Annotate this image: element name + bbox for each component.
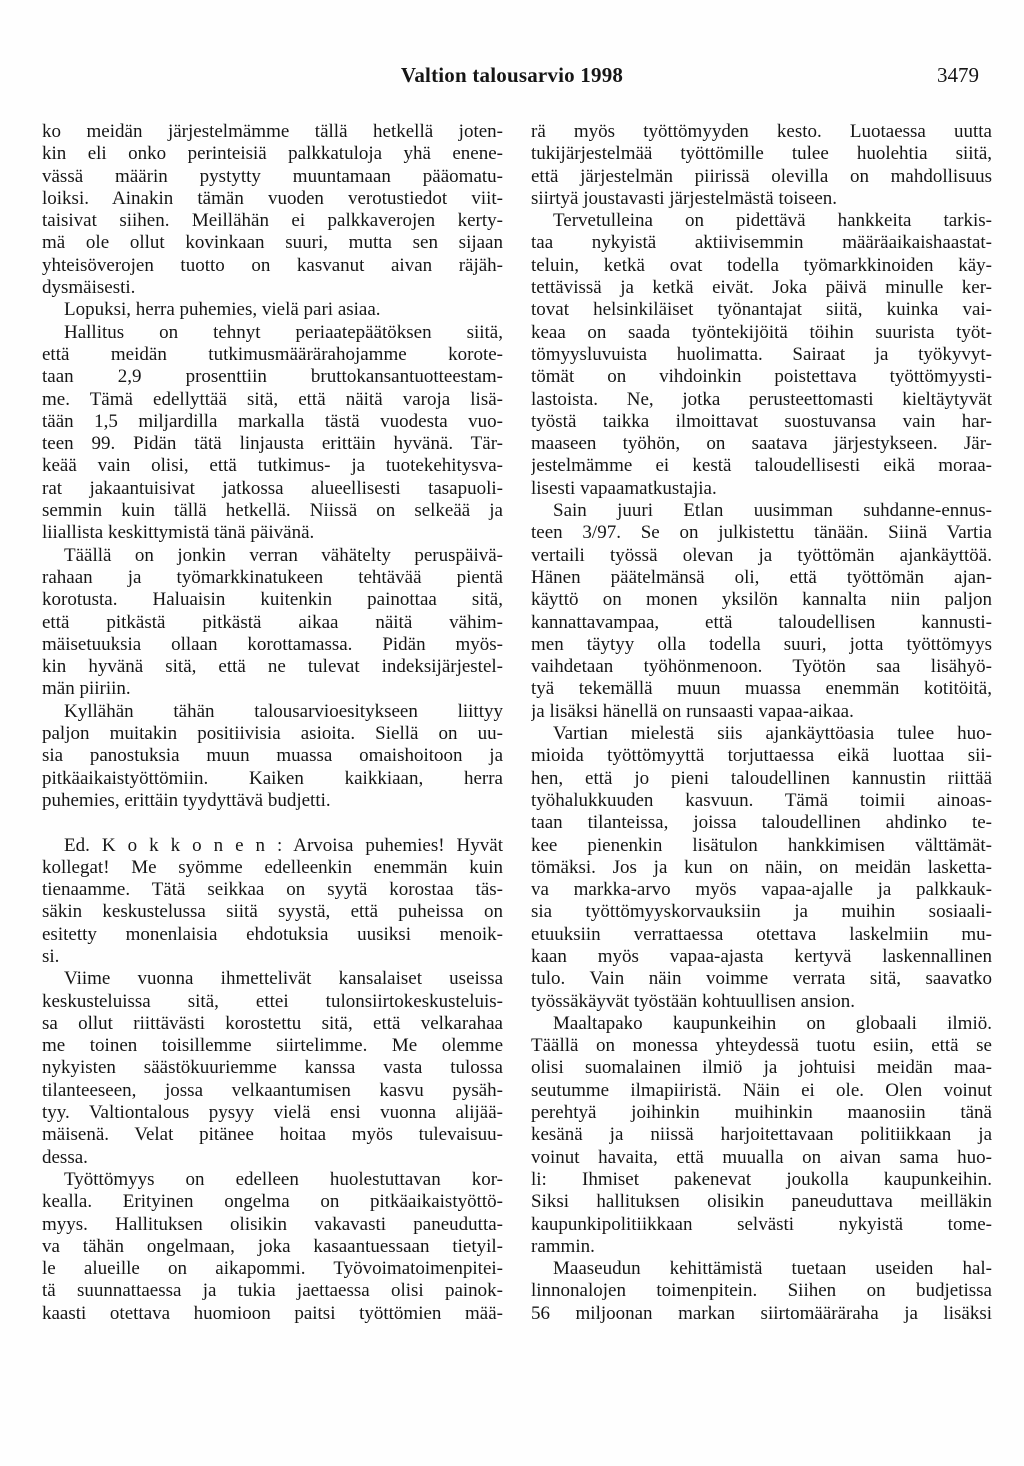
text-line: va tähän ongelmaan, joka kasaantuessaan … (42, 1236, 503, 1258)
text-line: mä ole ollut kovinkaan suuri, mutta sen … (42, 232, 503, 254)
column-left: ko meidän järjestelmämme tällä hetkellä … (42, 121, 503, 1325)
text-line: kesänä ja niissä harjoitettavaan politii… (531, 1124, 992, 1146)
text-line: va markka-arvo myös vapaa-ajalle ja palk… (531, 879, 992, 901)
text-line: lastoista. Ne, jotka perusteettomasti ki… (531, 389, 992, 411)
text-line: Vartian mielestä siis ajankäyttöasia tul… (531, 723, 992, 745)
paragraph: Lopuksi, herra puhemies, vielä pari asia… (42, 299, 503, 321)
text-line: tovat helsinkiläiset työnantajat siitä, … (531, 299, 992, 321)
text-line: etuuksiin verrattaessa otettava laskelmi… (531, 924, 992, 946)
paragraph: Työttömyys on edelleen huolestuttavan ko… (42, 1169, 503, 1325)
text-line: työssäkäyvät työstään kohtuullisen ansio… (531, 991, 992, 1013)
text-line: lisesti vapaamatkustajia. (531, 478, 992, 500)
text-columns: ko meidän järjestelmämme tällä hetkellä … (42, 121, 992, 1325)
paragraph: Hallitus on tehnyt periaatepäätöksen sii… (42, 322, 503, 545)
text-line: linnonalojen toimenpitein. Siihen on bud… (531, 1280, 992, 1302)
text-line: tilanteeseen, jossa velkaantumisen kasvu… (42, 1080, 503, 1102)
text-line: liiallista keskittymistä tänä päivänä. (42, 522, 503, 544)
text-line: kaupunkipolitiikkaan selvästi nykyistä t… (531, 1214, 992, 1236)
paragraph: Kyllähän tähän talousarvioesitykseen lii… (42, 701, 503, 812)
text-line: kealla. Erityinen ongelma on pitkäaikais… (42, 1191, 503, 1213)
text-line: män piiriin. (42, 678, 503, 700)
text-line: tömät on vihdoinkin poistettava työttömy… (531, 366, 992, 388)
text-line: sia työttömyyskorvauksiin ja muihin sosi… (531, 901, 992, 923)
page-title: Valtion talousarvio 1998 (0, 63, 1024, 87)
text-line: sa ollut riittävästi korostettu sitä, et… (42, 1013, 503, 1035)
document-page: Valtion talousarvio 1998 3479 ko meidän … (0, 0, 1024, 1466)
text-line: kaasti otettava huomioon paitsi työttömi… (42, 1303, 503, 1325)
text-line: säkin keskustelussa siitä syystä, että p… (42, 901, 503, 923)
text-line: rat jakaantuisivat jatkossa alueellisest… (42, 478, 503, 500)
text-line: 56 miljoonan markan siirtomääräraha ja l… (531, 1303, 992, 1325)
text-line: tyy. Valtiontalous pysyy vielä ensi vuon… (42, 1102, 503, 1124)
text-line: pitkäaikaistyöttömiin. Kaiken kaikkiaan,… (42, 768, 503, 790)
text-line: tienaamme. Tätä seikkaa on syytä korosta… (42, 879, 503, 901)
text-line: työstä taikka ilmoittavat suostuvansa va… (531, 411, 992, 433)
page-header: Valtion talousarvio 1998 3479 (0, 63, 1024, 89)
text-line: käyttö on monen yksilön kannalta niin pa… (531, 589, 992, 611)
text-line: Sain juuri Etlan uusimman suhdanne-ennus… (531, 500, 992, 522)
text-line: Maaseudun kehittämistä tuetaan useiden h… (531, 1258, 992, 1280)
paragraph: rä myös työttömyyden kesto. Luotaessa uu… (531, 121, 992, 210)
text-line: teen 3/97. Se on julkistettu tänään. Sii… (531, 522, 992, 544)
column-right: rä myös työttömyyden kesto. Luotaessa uu… (531, 121, 992, 1325)
text-line: keaa on saada työntekijöitä töihin suuri… (531, 322, 992, 344)
text-line: dysmäisesti. (42, 277, 503, 299)
paragraph: Sain juuri Etlan uusimman suhdanne-ennus… (531, 500, 992, 723)
text-line: esitetty monenlaisia ehdotuksia uusiksi … (42, 924, 503, 946)
text-line: Lopuksi, herra puhemies, vielä pari asia… (42, 299, 503, 321)
text-line: keää vain olisi, että tutkimus- ja tuote… (42, 455, 503, 477)
text-line: me. Tämä edellyttää sitä, että näitä var… (42, 389, 503, 411)
text-line: teluin, ketkä ovat todella työmarkkinoid… (531, 255, 992, 277)
text-line: puhemies, erittäin tyydyttävä budjetti. (42, 790, 503, 812)
text-line: nykyisten säästökuuriemme kanssa vasta t… (42, 1057, 503, 1079)
text-line: että meidän tutkimusmäärärahojamme korot… (42, 344, 503, 366)
text-line: ko meidän järjestelmämme tällä hetkellä … (42, 121, 503, 143)
text-line: kollegat! Me syömme edelleenkin enemmän … (42, 857, 503, 879)
text-line: tulo. Vain näin voimme verrata sitä, saa… (531, 968, 992, 990)
text-line: kin hyvänä sitä, että ne tulevat indeksi… (42, 656, 503, 678)
text-line: tyä tekemällä muun muassa enemmän kotitö… (531, 678, 992, 700)
text-line: Tervetulleina on pidettävä hankkeita tar… (531, 210, 992, 232)
text-line: vässä määrin pystytty muuntamaan pääomat… (42, 166, 503, 188)
text-line: le alueille on aikapommi. Työvoimatoimen… (42, 1258, 503, 1280)
text-line: että järjestelmän piirissä olevilla on m… (531, 166, 992, 188)
text-line: maaseen työhön, on saatava järjestykseen… (531, 433, 992, 455)
text-line: Täällä on jonkin verran vähätelty perusp… (42, 545, 503, 567)
text-line: vaihdetaan työhönmenoon. Työtön saa lisä… (531, 656, 992, 678)
text-line: rahaan ja työmarkkinatukeen tehtävää pie… (42, 567, 503, 589)
text-line: kannattavampaa, että taloudellisen kannu… (531, 612, 992, 634)
text-line: teen 99. Pidän tätä linjausta erittäin h… (42, 433, 503, 455)
paragraph: ko meidän järjestelmämme tällä hetkellä … (42, 121, 503, 299)
text-line: ja lisäksi hänellä on runsaasti vapaa-ai… (531, 701, 992, 723)
text-line: perehtyä joihinkin muihinkin maanosiin t… (531, 1102, 992, 1124)
paragraph: Ed. K o k k o n e n : Arvoisa puhemies! … (42, 835, 503, 969)
text-line: Työttömyys on edelleen huolestuttavan ko… (42, 1169, 503, 1191)
text-line: Hänen päätelmänsä oli, että työttömän aj… (531, 567, 992, 589)
text-line: tettävissä ja ketkä eivät. Joka päivä mi… (531, 277, 992, 299)
paragraph: Tervetulleina on pidettävä hankkeita tar… (531, 210, 992, 500)
text-line: Kyllähän tähän talousarvioesitykseen lii… (42, 701, 503, 723)
text-line: olisi suomalainen ilmiö ja johtuisi meid… (531, 1057, 992, 1079)
text-line: Maaltapako kaupunkeihin on globaali ilmi… (531, 1013, 992, 1035)
text-line: men täytyy olla todella suuri, jotta työ… (531, 634, 992, 656)
text-line: tömäksi. Jos ja kun on näin, on meidän l… (531, 857, 992, 879)
text-line: mioida työttömyyttä torjuttaessa eikä lu… (531, 745, 992, 767)
text-line: siirtyä joustavasti järjestelmästä toise… (531, 188, 992, 210)
paragraph: Täällä on jonkin verran vähätelty perusp… (42, 545, 503, 701)
paragraph: Maaseudun kehittämistä tuetaan useiden h… (531, 1258, 992, 1325)
text-line: taa nykyistä aktiivisemmin määräaikaisha… (531, 232, 992, 254)
paragraph: Maaltapako kaupunkeihin on globaali ilmi… (531, 1013, 992, 1258)
text-line: Viime vuonna ihmettelivät kansalaiset us… (42, 968, 503, 990)
text-line: semmin kuin tällä hetkellä. Niissä on se… (42, 500, 503, 522)
text-line: Siksi hallituksen olisikin paneuduttava … (531, 1191, 992, 1213)
text-line: korotusta. Haluaisin kuitenkin painottaa… (42, 589, 503, 611)
text-line: tä suunnattaessa ja tukia jaettaessa oli… (42, 1280, 503, 1302)
text-line: että pitkästä pitkästä aikaa näitä vähim… (42, 612, 503, 634)
text-line: tukijärjestelmää työttömille tulee huole… (531, 143, 992, 165)
text-line: taan tilanteissa, joissa taloudellinen a… (531, 812, 992, 834)
page-number: 3479 (937, 63, 979, 87)
text-line: sia panostuksia muun muassa omaishoitoon… (42, 745, 503, 767)
text-line: Ed. K o k k o n e n : Arvoisa puhemies! … (42, 835, 503, 857)
text-line: yhteisöverojen tuotto on kasvanut aivan … (42, 255, 503, 277)
text-line: seutumme ilmapiiristä. Näin ei ole. Olen… (531, 1080, 992, 1102)
text-line: tömyysluvuista huolimatta. Sairaat ja ty… (531, 344, 992, 366)
text-line: jestelmämme ei kestä taloudellisesti eik… (531, 455, 992, 477)
text-line: mäisenä. Velat pitänee hoitaa myös tulev… (42, 1124, 503, 1146)
text-line: Täällä on monessa yhteydessä tuotu esiin… (531, 1035, 992, 1057)
text-line: taan 2,9 prosenttiin bruttokansantuottee… (42, 366, 503, 388)
text-line: rammin. (531, 1236, 992, 1258)
text-line: mäisetuuksia ollaan korottamassa. Pidän … (42, 634, 503, 656)
text-line: paljon muitakin positiivisia asioita. Si… (42, 723, 503, 745)
text-line: kaan myös vapaa-ajasta kertyvä laskennal… (531, 946, 992, 968)
text-line: työhalukkuuden kasvuun. Tämä toimii aino… (531, 790, 992, 812)
text-line: voinut havaita, että muualla on aivan sa… (531, 1147, 992, 1169)
text-line: keskusteluissa sitä, ettei tulonsiirtoke… (42, 991, 503, 1013)
text-line: vertaili työssä olevan ja työttömän ajan… (531, 545, 992, 567)
text-line: tään 1,5 miljardilla markalla tästä vuod… (42, 411, 503, 433)
text-line: hen, että jo pieni taloudellinen kannust… (531, 768, 992, 790)
text-line: taisivat siihen. Meillähän ei palkkavero… (42, 210, 503, 232)
text-line: kee pienenkin lisätulon hankkimisen vält… (531, 835, 992, 857)
text-line: li: Ihmiset pakenevat joukolla kaupunkei… (531, 1169, 992, 1191)
text-line: dessa. (42, 1147, 503, 1169)
paragraph: Viime vuonna ihmettelivät kansalaiset us… (42, 968, 503, 1169)
text-line: me toinen toisillemme siirtelimme. Me ol… (42, 1035, 503, 1057)
text-line: myys. Hallituksen olisikin vakavasti pan… (42, 1214, 503, 1236)
text-line: loiksi. Ainakin tämän vuoden verotustied… (42, 188, 503, 210)
text-line: si. (42, 946, 503, 968)
paragraph: Vartian mielestä siis ajankäyttöasia tul… (531, 723, 992, 1013)
text-line: kin eli onko perinteisiä palkkatuloja yh… (42, 143, 503, 165)
text-line: Hallitus on tehnyt periaatepäätöksen sii… (42, 322, 503, 344)
text-line: rä myös työttömyyden kesto. Luotaessa uu… (531, 121, 992, 143)
